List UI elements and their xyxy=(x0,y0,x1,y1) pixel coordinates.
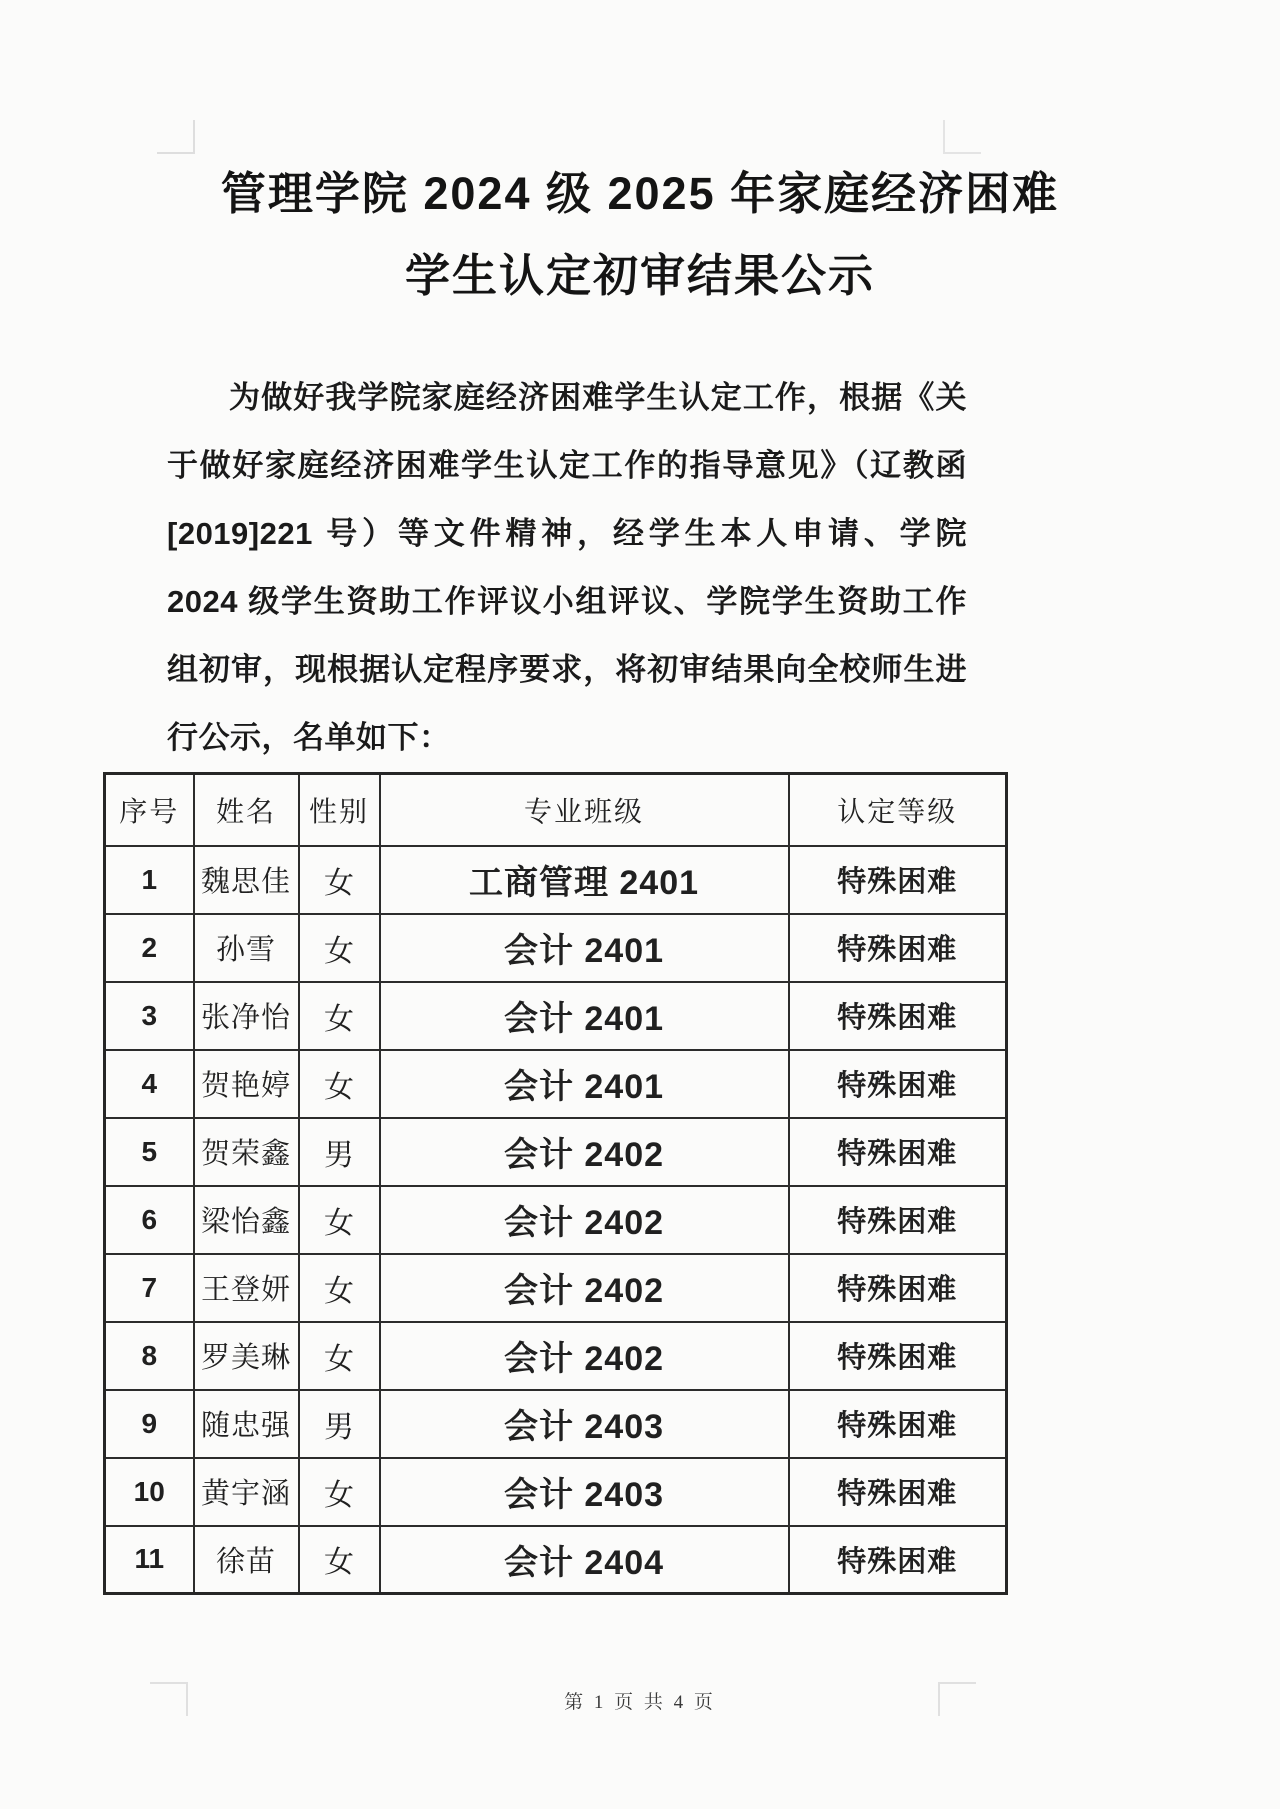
table-row: 7 王登妍 女 会计 2402 特殊困难 xyxy=(105,1254,1007,1322)
table-row: 6 梁怡鑫 女 会计 2402 特殊困难 xyxy=(105,1186,1007,1254)
level-cell: 特殊困难 xyxy=(789,982,1007,1050)
major-class-cell: 会计 2403 xyxy=(380,1458,789,1526)
major-class-cell: 会计 2401 xyxy=(380,914,789,982)
name-cell: 张净怡 xyxy=(194,982,299,1050)
major-class-cell: 会计 2403 xyxy=(380,1390,789,1458)
table-row: 5 贺荣鑫 男 会计 2402 特殊困难 xyxy=(105,1118,1007,1186)
header-no: 序号 xyxy=(105,774,194,846)
level-cell: 特殊困难 xyxy=(789,1186,1007,1254)
major-class-cell: 会计 2402 xyxy=(380,1254,789,1322)
scan-corner-mark-top-right xyxy=(943,120,981,154)
row-number-cell: 11 xyxy=(105,1526,194,1594)
table-header-row: 序号 姓名 性别 专业班级 认定等级 xyxy=(105,774,1007,846)
major-class-cell: 会计 2402 xyxy=(380,1322,789,1390)
gender-cell: 男 xyxy=(299,1118,380,1186)
gender-cell: 女 xyxy=(299,1050,380,1118)
results-table: 序号 姓名 性别 专业班级 认定等级 1 魏思佳 女 工商管理 2401 特殊困… xyxy=(103,772,1008,1595)
scan-corner-mark-bottom-left xyxy=(150,1682,188,1716)
gender-cell: 女 xyxy=(299,1186,380,1254)
gender-cell: 女 xyxy=(299,1254,380,1322)
name-cell: 梁怡鑫 xyxy=(194,1186,299,1254)
level-cell: 特殊困难 xyxy=(789,1458,1007,1526)
table-row: 2 孙雪 女 会计 2401 特殊困难 xyxy=(105,914,1007,982)
row-number-cell: 9 xyxy=(105,1390,194,1458)
major-class-cell: 会计 2401 xyxy=(380,1050,789,1118)
major-class-cell: 会计 2404 xyxy=(380,1526,789,1594)
table-row: 11 徐苗 女 会计 2404 特殊困难 xyxy=(105,1526,1007,1594)
table-row: 9 随忠强 男 会计 2403 特殊困难 xyxy=(105,1390,1007,1458)
name-cell: 王登妍 xyxy=(194,1254,299,1322)
level-cell: 特殊困难 xyxy=(789,1322,1007,1390)
row-number-cell: 10 xyxy=(105,1458,194,1526)
header-level: 认定等级 xyxy=(789,774,1007,846)
level-cell: 特殊困难 xyxy=(789,1254,1007,1322)
row-number-cell: 7 xyxy=(105,1254,194,1322)
level-cell: 特殊困难 xyxy=(789,846,1007,914)
major-class-cell: 工商管理 2401 xyxy=(380,846,789,914)
name-cell: 孙雪 xyxy=(194,914,299,982)
header-name: 姓名 xyxy=(194,774,299,846)
major-class-cell: 会计 2401 xyxy=(380,982,789,1050)
name-cell: 随忠强 xyxy=(194,1390,299,1458)
scan-corner-mark-top-left xyxy=(157,120,195,154)
row-number-cell: 4 xyxy=(105,1050,194,1118)
gender-cell: 女 xyxy=(299,1458,380,1526)
name-cell: 罗美琳 xyxy=(194,1322,299,1390)
row-number-cell: 5 xyxy=(105,1118,194,1186)
name-cell: 贺荣鑫 xyxy=(194,1118,299,1186)
table-row: 4 贺艳婷 女 会计 2401 特殊困难 xyxy=(105,1050,1007,1118)
row-number-cell: 8 xyxy=(105,1322,194,1390)
major-class-cell: 会计 2402 xyxy=(380,1186,789,1254)
gender-cell: 女 xyxy=(299,1526,380,1594)
row-number-cell: 6 xyxy=(105,1186,194,1254)
level-cell: 特殊困难 xyxy=(789,1050,1007,1118)
major-class-cell: 会计 2402 xyxy=(380,1118,789,1186)
name-cell: 魏思佳 xyxy=(194,846,299,914)
page-title-line2: 学生认定初审结果公示 xyxy=(0,250,1280,302)
table-row: 10 黄宇涵 女 会计 2403 特殊困难 xyxy=(105,1458,1007,1526)
level-cell: 特殊困难 xyxy=(789,1526,1007,1594)
row-number-cell: 3 xyxy=(105,982,194,1050)
page-footer: 第 1 页 共 4 页 xyxy=(0,1687,1280,1714)
header-gender: 性别 xyxy=(299,774,380,846)
name-cell: 徐苗 xyxy=(194,1526,299,1594)
gender-cell: 女 xyxy=(299,982,380,1050)
name-cell: 黄宇涵 xyxy=(194,1458,299,1526)
gender-cell: 女 xyxy=(299,1322,380,1390)
row-number-cell: 2 xyxy=(105,914,194,982)
row-number-cell: 1 xyxy=(105,846,194,914)
level-cell: 特殊困难 xyxy=(789,1118,1007,1186)
name-cell: 贺艳婷 xyxy=(194,1050,299,1118)
gender-cell: 女 xyxy=(299,914,380,982)
table-row: 3 张净怡 女 会计 2401 特殊困难 xyxy=(105,982,1007,1050)
table-row: 8 罗美琳 女 会计 2402 特殊困难 xyxy=(105,1322,1007,1390)
table-row: 1 魏思佳 女 工商管理 2401 特殊困难 xyxy=(105,846,1007,914)
gender-cell: 男 xyxy=(299,1390,380,1458)
level-cell: 特殊困难 xyxy=(789,1390,1007,1458)
header-class: 专业班级 xyxy=(380,774,789,846)
scan-corner-mark-bottom-right xyxy=(938,1682,976,1716)
gender-cell: 女 xyxy=(299,846,380,914)
level-cell: 特殊困难 xyxy=(789,914,1007,982)
intro-paragraph: 为做好我学院家庭经济困难学生认定工作，根据《关于做好家庭经济困难学生认定工作的指… xyxy=(167,364,967,772)
page-title-line1: 管理学院 2024 级 2025 年家庭经济困难 xyxy=(0,168,1280,220)
